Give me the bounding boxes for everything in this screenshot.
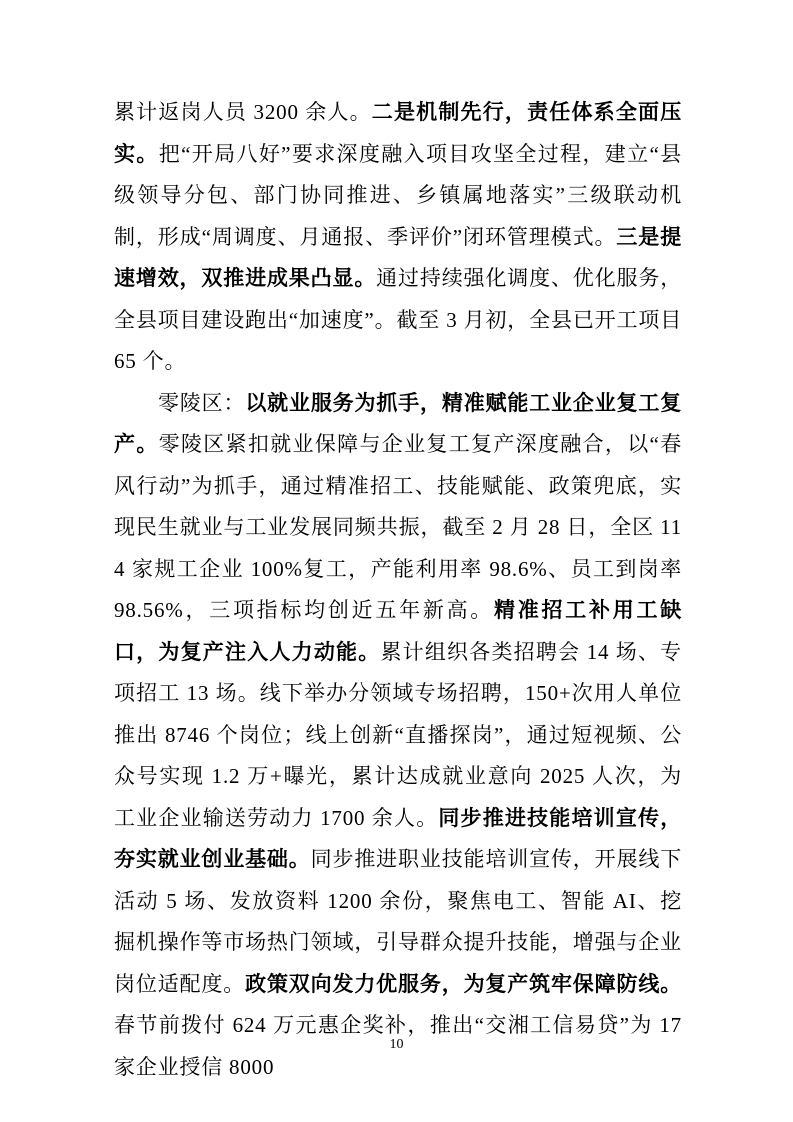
document-body: 累计返岗人员 3200 余人。二是机制先行，责任体系全面压实。把“开局八好”要求…	[114, 92, 682, 1088]
text-run: 把“开局八好”要求深度融入项目攻坚全过程，建立“县级领导分包、部门协同推进、乡镇…	[114, 142, 682, 249]
bold-text-run: 政策双向发力优服务，为复产筑牢保障防线。	[245, 972, 682, 996]
text-run: 零陵区：	[158, 391, 245, 415]
paragraph: 零陵区：以就业服务为抓手，精准赋能工业企业复工复产。零陵区紧扣就业保障与企业复工…	[114, 383, 682, 1089]
page-number: 10	[0, 1036, 793, 1054]
paragraph: 累计返岗人员 3200 余人。二是机制先行，责任体系全面压实。把“开局八好”要求…	[114, 92, 682, 383]
text-run: 累计返岗人员 3200 余人。	[114, 100, 372, 124]
document-page: 累计返岗人员 3200 余人。二是机制先行，责任体系全面压实。把“开局八好”要求…	[0, 0, 793, 1122]
text-run: 零陵区紧扣就业保障与企业复工复产深度融合，以“春风行动”为抓手，通过精准招工、技…	[114, 432, 682, 622]
text-run: 累计组织各类招聘会 14 场、专项招工 13 场。线下举办分领域专场招聘，150…	[114, 640, 682, 830]
